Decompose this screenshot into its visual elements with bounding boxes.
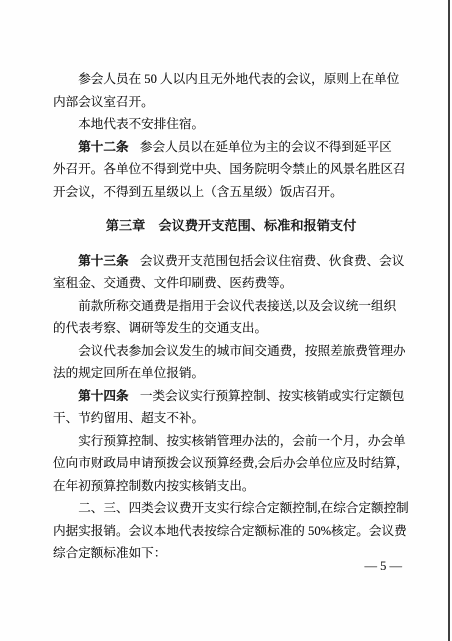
text-line: 综合定额标准如下： (53, 542, 409, 565)
text-line: 内据实报销。会议本地代表按综合定额标准的 50%核定。会议费 (53, 520, 409, 543)
text-line: 在年初预算控制数内按实核销支出。 (53, 475, 409, 498)
article-number: 第十二条 (78, 140, 128, 154)
text-line: 第十二条参会人员以在延单位为主的会议不得到延平区 (53, 136, 409, 159)
text-line: 开会议，不得到五星级以上（含五星级）饭店召开。 (53, 181, 409, 204)
chapter-heading: 第三章 会议费开支范围、标准和报销支付 (53, 215, 409, 238)
text-line: 二、三、四类会议费开支实行综合定额控制,在综合定额控制 (53, 497, 409, 520)
text-line: 干、节约留用、超支不补。 (53, 407, 409, 430)
text-line: 前款所称交通费是指用于会议代表接送,以及会议统一组织 (53, 295, 409, 318)
text-line: 实行预算控制、按实核销管理办法的，会前一个月，办会单 (53, 430, 409, 453)
text-line: 本地代表不安排住宿。 (53, 113, 409, 136)
text-line: 法的规定回所在单位报销。 (53, 362, 409, 385)
text-line: 参会人员在 50 人以内且无外地代表的会议，原则上在单位 (53, 68, 409, 91)
text-line: 内部会议室召开。 (53, 91, 409, 114)
page-number: — 5 — (365, 558, 403, 574)
article-number: 第十三条 (78, 254, 128, 268)
document-page: 参会人员在 50 人以内且无外地代表的会议，原则上在单位内部会议室召开。本地代表… (0, 0, 452, 641)
text-line: 室租金、交通费、文件印刷费、医药费等。 (53, 272, 409, 295)
scan-edge-line (448, 0, 450, 641)
text-line: 位向市财政局申请预拨会议预算经费,会后办会单位应及时结算， (53, 452, 409, 475)
text-line: 会议代表参加会议发生的城市间交通费，按照差旅费管理办 (53, 340, 409, 363)
document-body: 参会人员在 50 人以内且无外地代表的会议，原则上在单位内部会议室召开。本地代表… (53, 68, 409, 565)
text-line: 第十三条会议费开支范围包括会议住宿费、伙食费、会议 (53, 250, 409, 273)
text-line: 外召开。各单位不得到党中央、国务院明令禁止的风景名胜区召 (53, 158, 409, 181)
text-line: 的代表考察、调研等发生的交通支出。 (53, 317, 409, 340)
text-line: 第十四条一类会议实行预算控制、按实核销或实行定额包 (53, 385, 409, 408)
article-number: 第十四条 (78, 389, 128, 403)
